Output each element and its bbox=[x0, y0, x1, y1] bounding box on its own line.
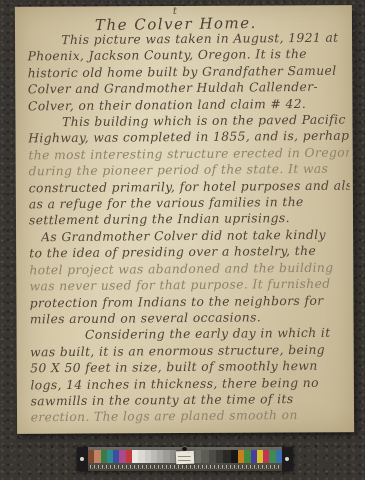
screw-dot bbox=[285, 457, 289, 461]
handwriting-line: Considering the early day in which it bbox=[85, 325, 351, 344]
color-patch bbox=[201, 450, 208, 463]
colorbar-left-patches bbox=[88, 450, 132, 463]
color-patch bbox=[209, 450, 216, 463]
color-calibration-bar bbox=[77, 447, 293, 471]
color-patch bbox=[223, 450, 230, 463]
colorbar-right-patches bbox=[238, 450, 282, 463]
colorbar-label-sticker bbox=[176, 451, 194, 465]
color-patch bbox=[231, 450, 238, 463]
color-patch bbox=[216, 450, 223, 463]
manuscript-page: t The Colver Home. This picture was take… bbox=[15, 5, 354, 434]
color-patch bbox=[194, 450, 201, 463]
scanner-background: t The Colver Home. This picture was take… bbox=[0, 0, 365, 480]
colorbar-light-ramp bbox=[132, 450, 176, 463]
handwriting-line: protection from Indians to the neighbors… bbox=[30, 292, 351, 311]
screw-dot bbox=[80, 457, 84, 461]
handwriting-lines: This picture was taken in August, 1921 a… bbox=[22, 30, 351, 427]
ruler-ticks bbox=[90, 465, 280, 469]
colorbar-right-cap bbox=[282, 447, 293, 471]
handwriting-line: as a refuge for the various families in … bbox=[29, 194, 350, 213]
registration-dot bbox=[182, 446, 187, 451]
handwriting-line: erection. The logs are planed smooth on bbox=[31, 407, 352, 426]
handwriting-line: logs, 14 inches in thickness, there bein… bbox=[30, 374, 351, 393]
colorbar-left-cap bbox=[77, 447, 88, 471]
colorbar-dark-ramp bbox=[194, 450, 238, 463]
